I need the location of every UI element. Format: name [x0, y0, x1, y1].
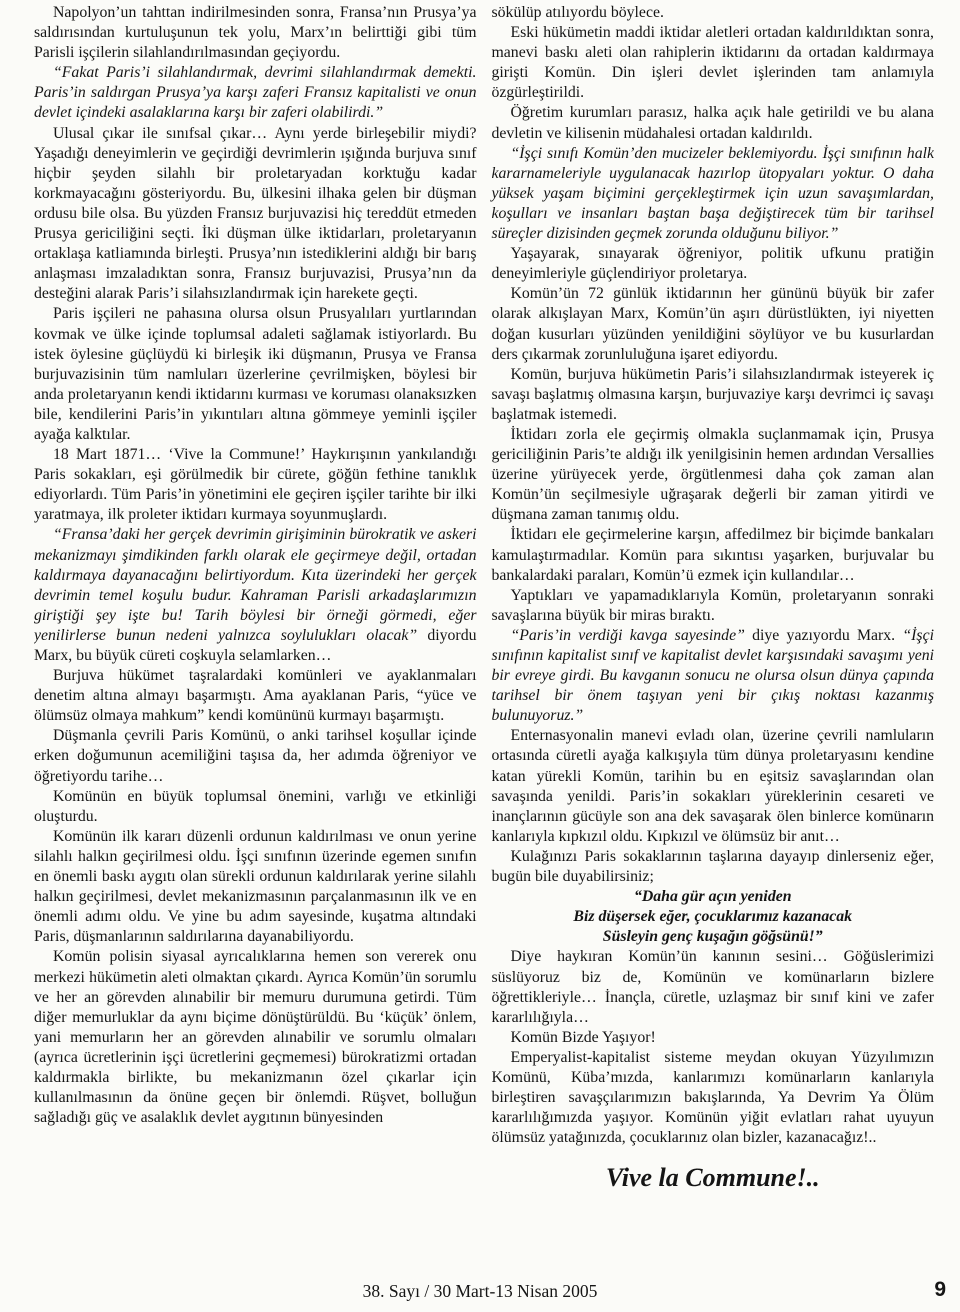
text-run: Süsleyin genç kuşağın göğsünü!”: [603, 928, 823, 945]
text-run: “Fransa’daki her gerçek devrimin girişim…: [34, 526, 477, 643]
text-run: İktidarı zorla ele geçirmiş olmakla suçl…: [492, 426, 935, 523]
paragraph: Düşmanla çevrili Paris Komünü, o anki ta…: [34, 726, 477, 786]
text-run: Öğretim kurumları parasız, halka açık ha…: [492, 104, 935, 141]
text-run: Kulağınızı Paris sokaklarının taşlarına …: [492, 848, 935, 885]
paragraph: sökülüp atılıyordu böylece.: [492, 3, 935, 23]
text-run: Komünün en büyük toplumsal önemini, varl…: [34, 788, 477, 825]
text-run: Ulusal çıkar ile sınıfsal çıkar… Aynı ye…: [34, 125, 477, 303]
text-run: “Daha gür açın yeniden: [634, 888, 792, 905]
paragraph: İktidarı ele geçirmelerine karşın, affed…: [492, 525, 935, 585]
vive-la-commune-heading: Vive la Commune!..: [492, 1163, 935, 1193]
paragraph: “Fakat Paris’i silahlandırmak, devrimi s…: [34, 63, 477, 123]
paragraph: Komün Bizde Yaşıyor!: [492, 1028, 935, 1048]
text-run: Enternasyonalin manevi evladı olan, üzer…: [492, 727, 935, 844]
text-run: Komünün ilk kararı düzenli ordunun kaldı…: [34, 828, 477, 945]
text-run: Burjuva hükümet taşralardaki komünleri v…: [34, 667, 477, 724]
paragraph: Enternasyonalin manevi evladı olan, üzer…: [492, 726, 935, 847]
paragraph: Eski hükümetin maddi iktidar aletleri or…: [492, 23, 935, 103]
paragraph: Napolyon’un tahttan indirilmesinden sonr…: [34, 3, 477, 63]
paragraph: Komün’ün 72 günlük iktidarının her günün…: [492, 284, 935, 364]
text-run: “Paris’in verdiği kavga sayesinde”: [511, 627, 745, 644]
left-column: Napolyon’un tahttan indirilmesinden sonr…: [34, 3, 477, 1266]
text-run: “İşçi sınıfı Komün’den mucizeler beklemi…: [492, 145, 935, 242]
text-run: diye yazıyordu Marx.: [745, 627, 903, 644]
poem-line: Biz düşersek eğer, çocuklarımız kazanaca…: [492, 907, 935, 927]
text-run: Biz düşersek eğer, çocuklarımız kazanaca…: [573, 908, 852, 925]
text-columns: Napolyon’un tahttan indirilmesinden sonr…: [34, 3, 934, 1266]
paragraph: Burjuva hükümet taşralardaki komünleri v…: [34, 666, 477, 726]
text-run: Komün Bizde Yaşıyor!: [511, 1029, 656, 1046]
text-run: Komün, burjuva hükümetin Paris’i silahsı…: [492, 366, 935, 423]
paragraph: Öğretim kurumları parasız, halka açık ha…: [492, 103, 935, 143]
paragraph: “Paris’in verdiği kavga sayesinde” diye …: [492, 626, 935, 726]
text-run: Yaptıkları ve yapamadıklarıyla Komün, pr…: [492, 587, 935, 624]
text-run: Komün’ün 72 günlük iktidarının her günün…: [492, 285, 935, 362]
paragraph: Komün, burjuva hükümetin Paris’i silahsı…: [492, 365, 935, 425]
text-run: Düşmanla çevrili Paris Komünü, o anki ta…: [34, 727, 477, 784]
text-run: sökülüp atılıyordu böylece.: [492, 4, 664, 21]
paragraph: Diye haykıran Komün’ün kanının sesini… G…: [492, 947, 935, 1027]
text-run: Yaşayarak, sınayarak öğreniyor, politik …: [492, 245, 935, 282]
paragraph: Yaşayarak, sınayarak öğreniyor, politik …: [492, 244, 935, 284]
paragraph: Komünün ilk kararı düzenli ordunun kaldı…: [34, 827, 477, 948]
text-run: İktidarı ele geçirmelerine karşın, affed…: [492, 526, 935, 583]
paragraph: İktidarı zorla ele geçirmiş olmakla suçl…: [492, 425, 935, 525]
issue-date-line: 38. Sayı / 30 Mart-13 Nisan 2005: [0, 1281, 960, 1302]
paragraph: Yaptıkları ve yapamadıklarıyla Komün, pr…: [492, 586, 935, 626]
page-number: 9: [934, 1279, 946, 1300]
text-run: Napolyon’un tahttan indirilmesinden sonr…: [34, 4, 477, 61]
paragraph: 18 Mart 1871… ‘Vive la Commune!’ Haykırı…: [34, 445, 477, 525]
poem-line: “Daha gür açın yeniden: [492, 887, 935, 907]
paragraph: Komün polisin siyasal ayrıcalıklarına he…: [34, 947, 477, 1128]
paragraph: “Fransa’daki her gerçek devrimin girişim…: [34, 525, 477, 666]
text-run: Diye haykıran Komün’ün kanının sesini… G…: [492, 948, 935, 1025]
paragraph: Ulusal çıkar ile sınıfsal çıkar… Aynı ye…: [34, 124, 477, 305]
text-run: Emperyalist-kapitalist sisteme meydan ok…: [492, 1049, 935, 1146]
paragraph: Paris işçileri ne pahasına olursa olsun …: [34, 304, 477, 445]
page-footer: 38. Sayı / 30 Mart-13 Nisan 2005 9: [0, 1278, 960, 1304]
text-run: Eski hükümetin maddi iktidar aletleri or…: [492, 24, 935, 101]
text-run: 18 Mart 1871… ‘Vive la Commune!’ Haykırı…: [34, 446, 477, 523]
document-page: Napolyon’un tahttan indirilmesinden sonr…: [0, 0, 960, 1312]
text-run: “Fakat Paris’i silahlandırmak, devrimi s…: [34, 64, 477, 121]
right-column: sökülüp atılıyordu böylece.Eski hükümeti…: [492, 3, 935, 1266]
paragraph: Emperyalist-kapitalist sisteme meydan ok…: [492, 1048, 935, 1148]
paragraph: “İşçi sınıfı Komün’den mucizeler beklemi…: [492, 144, 935, 244]
text-run: Komün polisin siyasal ayrıcalıklarına he…: [34, 948, 477, 1126]
poem-line: Süsleyin genç kuşağın göğsünü!”: [492, 927, 935, 947]
paragraph: Kulağınızı Paris sokaklarının taşlarına …: [492, 847, 935, 887]
paragraph: Komünün en büyük toplumsal önemini, varl…: [34, 787, 477, 827]
text-run: Vive la Commune!..: [606, 1163, 820, 1192]
text-run: Paris işçileri ne pahasına olursa olsun …: [34, 305, 477, 443]
